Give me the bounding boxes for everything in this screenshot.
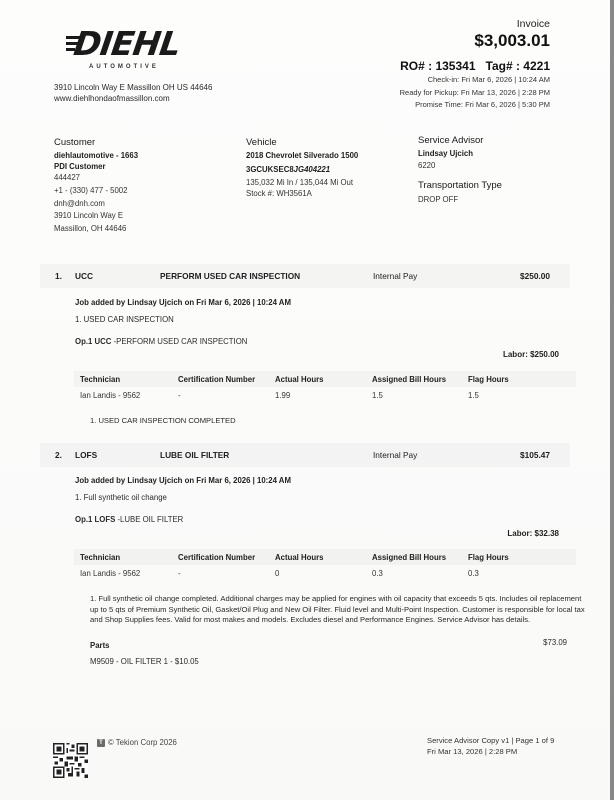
customer-phone: +1 - (330) 477 - 5002 xyxy=(54,185,214,198)
customer-title: Customer xyxy=(54,137,214,149)
job-operation: Op.1 LOFS -LUBE OIL FILTER xyxy=(75,515,183,524)
customer-email: dnh@dnh.com xyxy=(54,198,214,211)
vehicle-title: Vehicle xyxy=(246,137,386,149)
customer-street: 3910 Lincoln Way E xyxy=(54,210,214,223)
vin-suffix: JG404221 xyxy=(294,165,330,174)
job-description: PERFORM USED CAR INSPECTION xyxy=(160,271,300,281)
ro-number: RO# : 135341 xyxy=(400,59,475,73)
parts-item: M9509 - OIL FILTER 1 - $10.05 xyxy=(90,657,199,666)
actual-hours: 1.99 xyxy=(275,391,290,400)
service-advisor-section: Service Advisor Lindsay Ujcich 6220 Tran… xyxy=(418,135,578,207)
flag-hours: 1.5 xyxy=(468,391,479,400)
ro-tag-line: RO# : 135341Tag# : 4221 xyxy=(400,59,550,73)
invoice-summary: Invoice $3,003.01 RO# : 135341Tag# : 422… xyxy=(400,17,550,112)
col-certification: Certification Number xyxy=(178,553,255,562)
job-number: 2. xyxy=(55,450,62,460)
dealer-address: 3910 Lincoln Way E Massillon OH US 44646 xyxy=(54,82,212,93)
invoice-total: $3,003.01 xyxy=(400,31,550,51)
vehicle-vin: 3GCUKSEC8JG404221 xyxy=(246,165,386,176)
check-in-time: Check-in: Fri Mar 6, 2026 | 10:24 AM xyxy=(400,74,550,87)
footer-info: Service Advisor Copy v1 | Page 1 of 9 Fr… xyxy=(427,736,554,757)
job-header-2: 2. LOFS LUBE OIL FILTER Internal Pay $10… xyxy=(40,443,570,467)
col-technician: Technician xyxy=(80,375,120,384)
op-description: -PERFORM USED CAR INSPECTION xyxy=(111,337,247,346)
vehicle-section: Vehicle 2018 Chevrolet Silverado 1500 3G… xyxy=(246,137,386,201)
technician-table: Technician Certification Number Actual H… xyxy=(74,549,576,581)
col-technician: Technician xyxy=(80,553,120,562)
tech-note: 1. USED CAR INSPECTION COMPLETED xyxy=(90,416,590,427)
advisor-name: Lindsay Ujcich xyxy=(418,149,578,160)
technician-name: Ian Landis - 9562 xyxy=(80,391,140,400)
col-actual-hours: Actual Hours xyxy=(275,553,324,562)
tech-note: 1. Full synthetic oil change completed. … xyxy=(90,594,590,626)
tekion-copyright: T © Tekion Corp 2026 xyxy=(97,738,177,747)
job-amount: $250.00 xyxy=(520,271,550,281)
col-certification: Certification Number xyxy=(178,375,255,384)
advisor-title: Service Advisor xyxy=(418,135,578,147)
assigned-bill-hours: 1.5 xyxy=(372,391,383,400)
table-header: Technician Certification Number Actual H… xyxy=(74,371,576,387)
invoice-page: DIEHL AUTOMOTIVE 3910 Lincoln Way E Mass… xyxy=(0,0,614,800)
job-operation: Op.1 UCC -PERFORM USED CAR INSPECTION xyxy=(75,337,247,346)
job-labor: Labor: $250.00 xyxy=(503,350,559,359)
op-label: Op.1 UCC xyxy=(75,337,111,346)
job-code: UCC xyxy=(75,271,93,281)
table-row: Ian Landis - 9562 - 1.99 1.5 1.5 xyxy=(74,387,576,403)
job-concern: 1. Full synthetic oil change xyxy=(75,493,167,502)
job-code: LOFS xyxy=(75,450,97,460)
promise-time: Promise Time: Fri Mar 6, 2026 | 5:30 PM xyxy=(400,99,550,112)
advisor-id: 6220 xyxy=(418,160,578,173)
vin-prefix: 3GCUKSEC8 xyxy=(246,165,294,174)
job-added-by: Job added by Lindsay Ujcich on Fri Mar 6… xyxy=(75,298,291,307)
job-added-by: Job added by Lindsay Ujcich on Fri Mar 6… xyxy=(75,476,291,485)
vehicle-model: 2018 Chevrolet Silverado 1500 xyxy=(246,151,386,162)
table-row: Ian Landis - 9562 - 0 0.3 0.3 xyxy=(74,565,576,581)
ready-for-pickup-time: Ready for Pickup: Fri Mar 13, 2026 | 2:2… xyxy=(400,87,550,100)
customer-name: diehlautomotive - 1663 xyxy=(54,151,214,162)
col-flag-hours: Flag Hours xyxy=(468,375,509,384)
assigned-bill-hours: 0.3 xyxy=(372,569,383,578)
col-assigned-bill-hours: Assigned Bill Hours xyxy=(372,375,446,384)
job-description: LUBE OIL FILTER xyxy=(160,450,229,460)
logo-subtitle: AUTOMOTIVE xyxy=(89,64,159,70)
dealer-address-block: 3910 Lincoln Way E Massillon OH US 44646… xyxy=(54,82,212,104)
job-number: 1. xyxy=(55,271,62,281)
job-amount: $105.47 xyxy=(520,450,550,460)
tekion-logo-icon: T xyxy=(97,739,105,747)
transport-title: Transportation Type xyxy=(418,180,578,192)
copyright-text: © Tekion Corp 2026 xyxy=(108,738,177,747)
col-assigned-bill-hours: Assigned Bill Hours xyxy=(372,553,446,562)
invoice-label: Invoice xyxy=(400,17,550,31)
customer-type: PDI Customer xyxy=(54,162,214,173)
job-header-1: 1. UCC PERFORM USED CAR INSPECTION Inter… xyxy=(40,264,570,288)
col-flag-hours: Flag Hours xyxy=(468,553,509,562)
tag-number: Tag# : 4221 xyxy=(486,59,550,73)
job-concern: 1. USED CAR INSPECTION xyxy=(75,315,174,324)
qr-code-icon xyxy=(53,743,88,778)
job-pay-type: Internal Pay xyxy=(373,450,417,460)
certification-number: - xyxy=(178,569,181,578)
scan-edge xyxy=(610,0,614,800)
table-header: Technician Certification Number Actual H… xyxy=(74,549,576,565)
dealer-website: www.diehlhondaofmassillon.com xyxy=(54,93,212,104)
op-description: -LUBE OIL FILTER xyxy=(115,515,183,524)
logo-wordmark: DIEHL xyxy=(71,26,182,62)
diehl-logo: DIEHL AUTOMOTIVE xyxy=(62,26,182,74)
parts-amount: $73.09 xyxy=(543,638,567,647)
copy-page-info: Service Advisor Copy v1 | Page 1 of 9 xyxy=(427,736,554,747)
actual-hours: 0 xyxy=(275,569,279,578)
customer-city: Massillon, OH 44646 xyxy=(54,223,214,236)
customer-section: Customer diehlautomotive - 1663 PDI Cust… xyxy=(54,137,214,236)
op-label: Op.1 LOFS xyxy=(75,515,115,524)
vehicle-mileage: 135,032 Mi In / 135,044 Mi Out xyxy=(246,177,386,188)
vehicle-stock: Stock #: WH3561A xyxy=(246,188,386,201)
technician-table: Technician Certification Number Actual H… xyxy=(74,371,576,403)
invoice-dates: Check-in: Fri Mar 6, 2026 | 10:24 AM Rea… xyxy=(400,74,550,112)
col-actual-hours: Actual Hours xyxy=(275,375,324,384)
certification-number: - xyxy=(178,391,181,400)
job-labor: Labor: $32.38 xyxy=(507,529,559,538)
customer-id: 444427 xyxy=(54,172,214,185)
flag-hours: 0.3 xyxy=(468,569,479,578)
job-pay-type: Internal Pay xyxy=(373,271,417,281)
transport-value: DROP OFF xyxy=(418,194,578,207)
printed-time: Fri Mar 13, 2026 | 2:28 PM xyxy=(427,747,554,758)
parts-label: Parts xyxy=(90,641,110,650)
technician-name: Ian Landis - 9562 xyxy=(80,569,140,578)
